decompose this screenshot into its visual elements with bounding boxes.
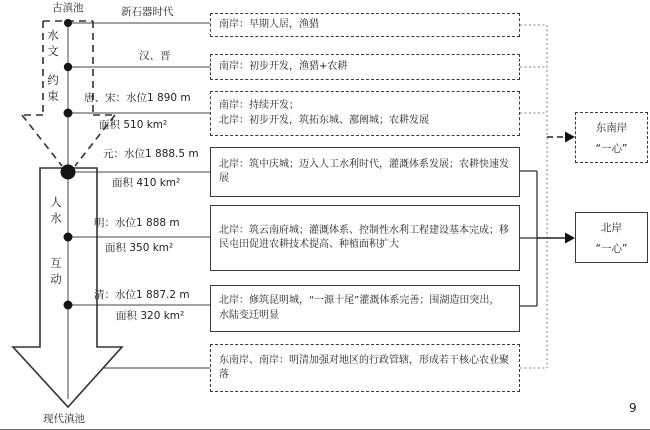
- era-area-tang-song: 面积 510 km²: [99, 119, 167, 131]
- info-box-tang-song: 南岸：持续开发； 北岸：初步开发，筑拓东城、鄯阐城；农耕发展: [210, 91, 520, 136]
- era-label-ming: 明：水位1 888 m: [94, 217, 180, 229]
- info-box-text: 北岸：筑云南府城；灌溉体系、控制性水利工程建设基本完成；移民屯田促进农耕技术提高…: [219, 224, 509, 253]
- info-box-ming: 北岸：筑云南府城；灌溉体系、控制性水利工程建设基本完成；移民屯田促进农耕技术提高…: [210, 205, 520, 271]
- dashed-collector-line: [520, 25, 547, 368]
- info-box-text: 北岸：筑中庆城；迈入人工水利时代，灌溉体系发展；农耕快速发展: [219, 158, 509, 187]
- era-label-tang-song: 唐、宋：水位1 890 m: [84, 92, 191, 104]
- era-area-ming: 面积 350 km²: [105, 242, 173, 254]
- arrow-right-icon: [565, 233, 575, 244]
- era-label-han-jin: 汉、晋: [139, 50, 171, 62]
- outcome-title: 北岸: [601, 220, 622, 235]
- info-box-han-jin: 南岸：初步开发，渔猎+农耕: [210, 54, 520, 80]
- era-label-neolithic: 新石器时代: [121, 6, 174, 18]
- outcome-core: “一心”: [596, 141, 628, 156]
- era-area-qing: 面积 320 km²: [116, 310, 184, 322]
- era-label-yuan: 元：水位1 888.5 m: [103, 148, 199, 160]
- info-box-text: 北岸：修筑昆明城，“一源十尾”灌溉体系完善；围湖造田突出，水陆变迁明显: [219, 294, 509, 323]
- outcome-title: 东南岸: [596, 120, 628, 135]
- timeline-axis: [68, 23, 212, 399]
- solid-collector-line: [519, 171, 537, 306]
- info-box-text-line1: 南岸：持续开发；: [219, 99, 509, 114]
- era-area-yuan: 面积 410 km²: [112, 177, 180, 189]
- info-box-text: 南岸：早期人居，渔猎: [219, 18, 509, 33]
- info-box-text: 南岸：初步开发，渔猎+农耕: [219, 60, 509, 75]
- info-box-yuan: 北岸：筑中庆城；迈入人工水利时代，灌溉体系发展；农耕快速发展: [210, 147, 520, 197]
- page-number: 9: [629, 401, 637, 415]
- human-label-bottom: 互动: [49, 255, 63, 287]
- ancient-lake-label: 古滇池: [52, 2, 84, 14]
- outcome-box-southeast-bank: 东南岸 “一心”: [575, 112, 648, 163]
- hydro-label-top: 水文: [46, 27, 60, 59]
- human-label-top: 人水: [49, 194, 63, 226]
- dianchi-evolution-diagram: 古滇池 现代滇池 水文 约束 人水 互动 新石器时代 汉、晋 唐、宋：水位1 8…: [0, 0, 650, 430]
- info-box-text: 东南岸、南岸：明清加强对地区的行政管辖，形成若干核心农业聚落: [219, 354, 509, 383]
- info-box-qing: 北岸：修筑昆明城，“一源十尾”灌溉体系完善；围湖造田突出，水陆变迁明显: [210, 285, 520, 332]
- arrow-right-icon: [565, 132, 575, 143]
- info-box-neolithic: 南岸：早期人居，渔猎: [210, 13, 520, 37]
- outcome-core: “一心”: [596, 241, 628, 256]
- outcome-box-north-bank: 北岸 “一心”: [575, 212, 648, 263]
- info-box-southeast-south: 东南岸、南岸：明清加强对地区的行政管辖，形成若干核心农业聚落: [210, 344, 520, 392]
- modern-lake-label: 现代滇池: [43, 413, 85, 425]
- era-label-qing: 清：水位1 887.2 m: [94, 289, 190, 301]
- hydro-label-bottom: 约束: [46, 72, 60, 104]
- info-box-text-line2: 北岸：初步开发，筑拓东城、鄯阐城；农耕发展: [219, 114, 509, 129]
